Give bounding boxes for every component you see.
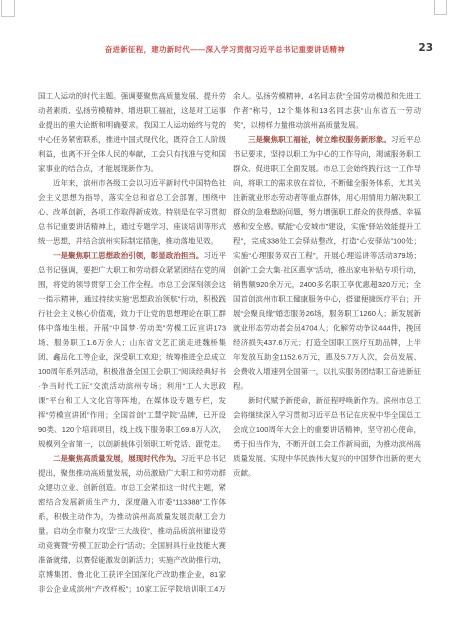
page-number: 23 [418, 42, 433, 54]
article-paragraph: 新时代赋予新使命，新征程呼唤新作为。滨州市总工会将继续深入学习贯彻习近平总书记在… [233, 394, 421, 481]
section-heading-lead: 三是聚焦职工福祉，树立维权服务新形象。 [248, 136, 391, 145]
section-heading-lead: 一是聚焦职工思想政治引领，彰显政治担当。 [53, 252, 203, 261]
paragraph-text: 新时代赋予新使命，新征程呼唤新作为。滨州市总工会将继续深入学习贯彻习近平总书记在… [233, 397, 421, 478]
crop-mark-top-left [1, 0, 15, 17]
paragraph-text: 近年来，滨州市各级工会以习近平新时代中国特色社会主义思想为指导，落实全总和省总工… [38, 179, 226, 246]
article-paragraph: 三是聚焦职工福祉，树立维权服务新形象。习近平总书记要求，坚持以职工为中心的工作导… [233, 133, 421, 394]
article-paragraph: 近年来，滨州市各级工会以习近平新时代中国特色社会主义思想为指导，落实全总和省总工… [38, 176, 226, 249]
paragraph-text: 国工人运动的时代主题。强调要聚焦高质量发展、提升劳动者素质、弘扬劳模精神、增进职… [38, 92, 226, 173]
article-body: 国工人运动的时代主题。强调要聚焦高质量发展、提升劳动者素质、弘扬劳模精神、增进职… [38, 89, 421, 597]
crop-mark-top-right [434, 0, 447, 15]
article-paragraph: 一是聚焦职工思想政治引领，彰显政治担当。习近平总书记强调，要把广大职工和劳动群众… [38, 249, 226, 452]
paragraph-text: 习近平总书记要求，坚持以职工为中心的工作导向，竭诚服务职工群众、促进职工全面发展… [233, 136, 421, 391]
paragraph-text: 习近平总书记强调，要把广大职工和劳动群众紧紧团结在党的周围，将党的领导贯穿工会工… [38, 252, 226, 449]
running-title: 奋进新征程，建功新时代——深入学习贯彻习近平总书记重要讲话精神 [0, 44, 450, 55]
document-page: 奋进新征程，建功新时代——深入学习贯彻习近平总书记重要讲话精神 23 国工人运动… [0, 0, 450, 640]
section-heading-lead: 二是聚焦高质量发展，展现时代作为。 [53, 455, 181, 464]
article-paragraph: 国工人运动的时代主题。强调要聚焦高质量发展、提升劳动者素质、弘扬劳模精神、增进职… [38, 89, 226, 176]
